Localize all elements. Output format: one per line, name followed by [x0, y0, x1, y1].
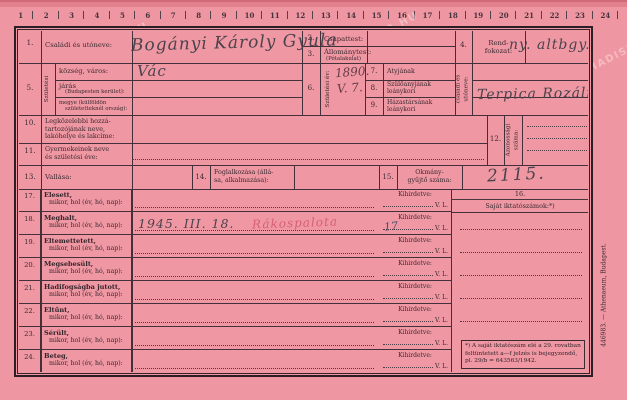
grid-line [383, 63, 384, 115]
grid-line [55, 97, 302, 98]
grid-line [367, 31, 368, 63]
event-label: Elesett, [44, 191, 131, 199]
event-proclaimed-cell: Kihirdetve: V. L. [379, 235, 452, 258]
printer-mark: 446983. — Athenaeum, Budapest. [601, 243, 608, 347]
dotted-line [135, 276, 374, 277]
dotted-line [460, 229, 582, 230]
field-number: 16. [452, 189, 588, 200]
proclaimed-label: Kihirdetve: [379, 304, 451, 313]
event-number: 23. [19, 327, 41, 350]
event-value-cell [132, 281, 379, 304]
event-value-cell [132, 304, 379, 327]
vl-label: V. L. [435, 248, 448, 255]
event-value-cell [132, 350, 379, 372]
ruler-number: 19 [466, 9, 491, 22]
event-label-cell: Hadifogságba jutott, mikor, hol (év, hó,… [41, 281, 132, 304]
field-number: 11. [19, 147, 41, 155]
dotted-line [460, 275, 582, 276]
ruler-number: 14 [338, 9, 363, 22]
event-sublabel: mikor, hol (év, hó, nap): [44, 337, 131, 344]
ruler-number: 16 [389, 9, 414, 22]
handwritten-rank: ny. altbgy. [509, 37, 588, 53]
dotted-line [135, 207, 374, 208]
field-number: 6. [302, 84, 320, 92]
proclaimed-label: Kihirdetve: [379, 258, 451, 267]
vl-label: V. L. [435, 225, 448, 232]
ruler-number: 20 [491, 9, 516, 22]
field-side-label-family-name: családi és utóneve: [455, 75, 470, 104]
dotted-line [135, 322, 374, 323]
handwritten-proclaimed-number: 17 [383, 219, 398, 233]
event-label-cell: Megsebesült, mikor, hol (év, hó, nap): [41, 258, 132, 281]
ruler-number: 7 [161, 9, 186, 22]
grid-line [55, 80, 302, 81]
event-proclaimed-cell: Kihirdetve: V. L. [379, 281, 452, 304]
dotted-line [460, 321, 582, 322]
ruler-number: 9 [211, 9, 236, 22]
event-label-cell: Beteg, mikor, hol (év, hó, nap): [41, 350, 132, 372]
grid-line [472, 80, 588, 81]
event-label-cell: Eltűnt, mikor, hol (év, hó, nap): [41, 304, 132, 327]
dotted-line [135, 299, 374, 300]
field-label-municipality: község, város: [59, 67, 108, 75]
event-sublabel: mikor, hol (év, hó, nap): [44, 222, 131, 229]
event-number: 20. [19, 258, 41, 281]
grid-line [365, 97, 455, 98]
event-label: Eltemettetett, [44, 237, 131, 245]
dotted-line [527, 126, 587, 127]
vl-label: V. L. [435, 317, 448, 324]
form-table-inner-border: 1. Családi és utóneve: Bogányi Károly Gy… [17, 29, 590, 374]
grid-line [19, 115, 588, 116]
proclaimed-label: Kihirdetve: [379, 350, 451, 359]
grid-line [462, 165, 463, 189]
field-number: 1. [19, 39, 41, 47]
handwritten-document-number: 2115. [487, 163, 547, 186]
form-table: 1. Családi és utóneve: Bogányi Károly Gy… [14, 26, 593, 377]
ruler-number: 2 [33, 9, 58, 22]
field-number: 15. [379, 173, 397, 181]
grid-line [294, 165, 295, 189]
field-label-own-registry: Saját iktatószámok:*) [452, 200, 588, 210]
field-label-unit: Csapattest: [324, 35, 363, 43]
proclaimed-label: Kihirdetve: [379, 327, 451, 336]
handwritten-event-place: Rákospalota [252, 215, 338, 232]
field-label-spouse: Házastársának leánykori [387, 99, 432, 113]
event-sublabel: mikor, hol (év, hó, nap): [44, 268, 131, 275]
event-value-cell [132, 235, 379, 258]
event-sublabel: mikor, hol (év, hó, nap): [44, 291, 131, 298]
event-value-cell [132, 258, 379, 281]
event-label-cell: Elesett, mikor, hol (év, hó, nap): [41, 189, 132, 212]
field-label-mother: Szülőanyjának leánykori [387, 81, 431, 95]
ruler-number: 4 [84, 9, 109, 22]
ruler-number: 24 [593, 9, 618, 22]
card-top-edge [0, 0, 627, 2]
field-number: 13. [19, 173, 41, 181]
field-number: 3. [302, 50, 320, 58]
proclaimed-label: Kihirdetve: [379, 281, 451, 290]
ruler-number: 12 [288, 9, 313, 22]
grid-line [19, 143, 487, 144]
event-label-cell: Eltemettetett, mikor, hol (év, hó, nap): [41, 235, 132, 258]
footnote: *) A saját iktatószám elé a 29. rovatban… [461, 340, 585, 369]
event-proclaimed-cell: Kihirdetve: V. L. [379, 189, 452, 212]
event-proclaimed-cell: Kihirdetve: V. L. [379, 304, 452, 327]
vl-label: V. L. [435, 340, 448, 347]
grid-line [55, 63, 56, 115]
dotted-line [135, 368, 374, 369]
field-side-label-identity-number: Azonossági száma: [505, 124, 520, 157]
event-proclaimed-cell: Kihirdetve: V. L. 17 [379, 212, 452, 235]
event-value-cell [132, 189, 379, 212]
handwritten-birthplace: Vác [137, 62, 167, 80]
ruler-number: 10 [237, 9, 262, 22]
event-label: Hadifogságba jutott, [44, 283, 131, 291]
event-sublabel: mikor, hol (év, hó, nap): [44, 360, 131, 367]
field-label-children: Gyermekeinek neve és születési éve: [45, 146, 109, 161]
event-sublabel: mikor, hol (év, hó, nap): [44, 199, 131, 206]
field-side-label-birth-year: Születési év: [325, 70, 333, 107]
dotted-leader [383, 269, 433, 276]
ruler-number: 21 [516, 9, 541, 22]
field-number: 12. [487, 135, 504, 143]
vl-label: V. L. [435, 363, 448, 370]
event-number: 21. [19, 281, 41, 304]
ruler-number: 11 [262, 9, 287, 22]
ruler-number: 3 [59, 9, 84, 22]
handwritten-mother-name: Terpica Rozália. [477, 85, 588, 103]
vl-label: V. L. [435, 294, 448, 301]
field-label-establishment: Állománytest: [324, 48, 371, 56]
event-proclaimed-cell: Kihirdetve: V. L. [379, 350, 452, 372]
field-number: 5. [19, 84, 41, 92]
dotted-line [460, 252, 582, 253]
field-sublabel-district: (Budapesten kerület): [65, 89, 125, 95]
ruler-number: 23 [567, 9, 592, 22]
field-number: 14. [192, 173, 210, 181]
ruler-number: 18 [440, 9, 465, 22]
ruler-number: 22 [542, 9, 567, 22]
event-number: 18. [19, 212, 41, 235]
event-label-cell: Meghalt, mikor, hol (év, hó, nap): [41, 212, 132, 235]
event-label: Eltűnt, [44, 306, 131, 314]
field-sublabel-county: születetteknél ország): [65, 106, 127, 112]
field-number: 9. [365, 101, 383, 109]
event-number: 19. [19, 235, 41, 258]
field-number: 8. [365, 84, 383, 92]
field-label-father: Atyjának [387, 68, 415, 76]
field-side-label-birth: Születési [44, 76, 52, 103]
vl-label: V. L. [435, 202, 448, 209]
field-sublabel-establishment: (Pótalakulat) [326, 56, 361, 62]
own-registry-header: 16. Saját iktatószámok:*) [452, 189, 588, 213]
grid-line [522, 115, 523, 165]
ruler-number: 8 [186, 9, 211, 22]
ruler-number: 17 [415, 9, 440, 22]
event-proclaimed-cell: Kihirdetve: V. L. [379, 327, 452, 350]
event-label: Beteg, [44, 352, 131, 360]
event-label: Megsebesült, [44, 260, 131, 268]
dotted-line [135, 253, 374, 254]
dotted-leader [383, 246, 433, 253]
vl-label: V. L. [435, 271, 448, 278]
grid-line [19, 63, 588, 64]
dotted-leader [383, 315, 433, 322]
dotted-line [132, 159, 484, 160]
proclaimed-label: Kihirdetve: [379, 189, 451, 198]
event-number: 22. [19, 304, 41, 327]
field-label-religion: Vallása: [45, 173, 72, 181]
dotted-line [460, 298, 582, 299]
dotted-leader [383, 338, 433, 345]
event-proclaimed-cell: Kihirdetve: V. L. [379, 258, 452, 281]
field-label-document-number: Okmány- gyűjtő száma: [397, 169, 462, 184]
casualty-record-card: 1 2 3 4 5 6 7 8 9 10 11 12 13 14 15 [0, 0, 627, 400]
event-number: 24. [19, 350, 41, 372]
field-label-next-of-kin: Legközelebbi hozzá- tartozójának neve, l… [45, 118, 114, 141]
own-registry-column: 16. Saját iktatószámok:*) *) A saját ikt… [452, 189, 588, 372]
proclaimed-label: Kihirdetve: [379, 235, 451, 244]
dotted-leader [383, 200, 433, 207]
dotted-leader [383, 292, 433, 299]
event-label: Meghalt, [44, 214, 131, 222]
dotted-line [527, 138, 587, 139]
ruler-number: 13 [313, 9, 338, 22]
event-value-cell [132, 327, 379, 350]
grid-line [210, 165, 211, 189]
ruler-number: 1 [8, 9, 33, 22]
event-sublabel: mikor, hol (év, hó, nap): [44, 245, 131, 252]
ruler-number: 15 [364, 9, 389, 22]
ruler: 1 2 3 4 5 6 7 8 9 10 11 12 13 14 15 [8, 9, 618, 22]
event-number: 17. [19, 189, 41, 212]
handwritten-event-date: 1945. III. 18. [138, 216, 234, 231]
event-label-cell: Sérült, mikor, hol (év, hó, nap): [41, 327, 132, 350]
field-number: 2. [302, 34, 320, 42]
ruler-number: 6 [135, 9, 160, 22]
field-label-name: Családi és utóneve: [45, 41, 112, 49]
ruler-number: 5 [110, 9, 135, 22]
dotted-line [527, 150, 587, 151]
field-number: 10. [19, 119, 41, 127]
event-rows: 17. Elesett, mikor, hol (év, hó, nap): K… [19, 189, 588, 372]
field-number: 7. [365, 67, 383, 75]
event-sublabel: mikor, hol (év, hó, nap): [44, 314, 131, 321]
field-number: 4. [455, 41, 472, 49]
handwritten-birth-date: V. 7. [337, 80, 364, 96]
event-value-cell: 1945. III. 18. Rákospalota [132, 212, 379, 235]
field-label-occupation: Foglalkozása (állá- sa, alkalmazása): [214, 169, 273, 184]
dotted-leader [383, 361, 433, 368]
event-label: Sérült, [44, 329, 131, 337]
dotted-line [135, 345, 374, 346]
